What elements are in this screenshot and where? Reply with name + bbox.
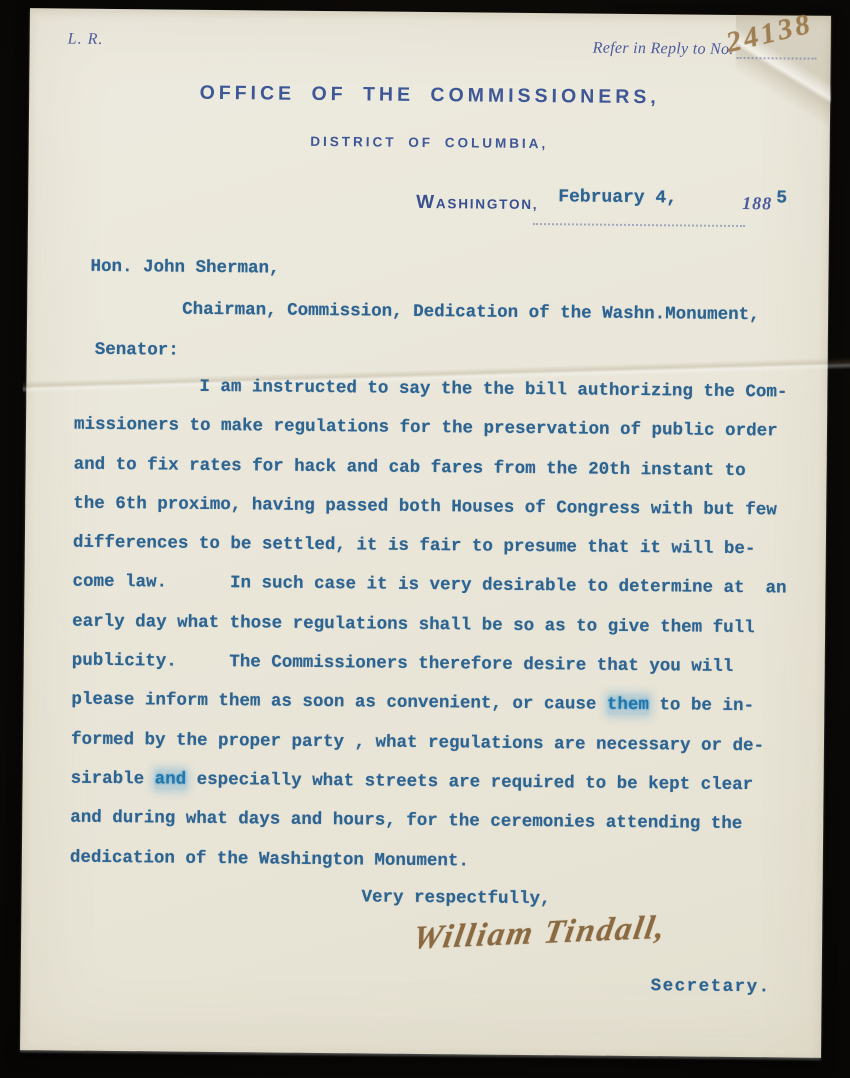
body-lines: I am instructed to say the the bill auth…	[70, 375, 820, 893]
date-typed: February 4,	[558, 187, 677, 208]
dateline: Washington, February 4, 188 5	[28, 182, 829, 230]
valediction: Very respectfully,	[361, 887, 550, 909]
body-text-segment: dedication of the Washington Monument.	[70, 847, 469, 871]
body-text-segment: missioners to make regulations for the p…	[74, 415, 778, 442]
body-text-segment: especially what streets are required to …	[186, 770, 753, 795]
body-text-segment: and to fix rates for hack and cab fares …	[74, 454, 746, 480]
body-text-segment: differences to be settled, it is fair to…	[73, 533, 756, 560]
place-label: Washington,	[416, 192, 538, 215]
photo-background: L. R. Refer in Reply to No. 24138 OFFICE…	[0, 0, 850, 1078]
body-line: dedication of the Washington Monument.	[70, 846, 815, 892]
refer-label: Refer in Reply to No.	[593, 40, 734, 59]
body-text-segment: I am instructed to say the the bill auth…	[199, 377, 787, 403]
smudged-word: them	[607, 695, 649, 715]
recipient-name: Hon. John Sherman,	[90, 257, 279, 279]
recipient-title: Chairman, Commission, Dedication of the …	[182, 300, 760, 326]
body-text-segment: please inform them as soon as convenient…	[71, 690, 607, 715]
body-text-segment: publicity. The Commissioners therefore d…	[72, 651, 734, 677]
letter-paper: L. R. Refer in Reply to No. 24138 OFFICE…	[20, 8, 831, 1058]
body-text-segment: formed by the proper party , what regula…	[71, 729, 764, 756]
signer-title: Secretary.	[651, 976, 771, 997]
body-text-segment: come law. In such case it is very desira…	[72, 572, 786, 599]
year-typed: 5	[776, 188, 787, 208]
smudged-word: and	[155, 769, 187, 789]
office-title: OFFICE OF THE COMMISSIONERS,	[29, 80, 830, 111]
body-text-segment: early day what those regulations shall b…	[72, 611, 755, 638]
signature-handwritten: William Tindall,	[410, 910, 669, 958]
district-subtitle: DISTRICT OF COLUMBIA,	[29, 131, 830, 154]
body-text-segment: to be in-	[649, 696, 754, 717]
body-text-segment: the 6th proximo, having passed both Hous…	[73, 494, 777, 521]
year-printed: 188	[742, 193, 772, 214]
lr-initials: L. R.	[68, 31, 104, 49]
salutation: Senator:	[95, 340, 179, 361]
body-text-segment: and during what days and hours, for the …	[70, 808, 742, 834]
date-dotted-rule	[533, 209, 745, 227]
body-text-segment: sirable	[71, 769, 155, 790]
